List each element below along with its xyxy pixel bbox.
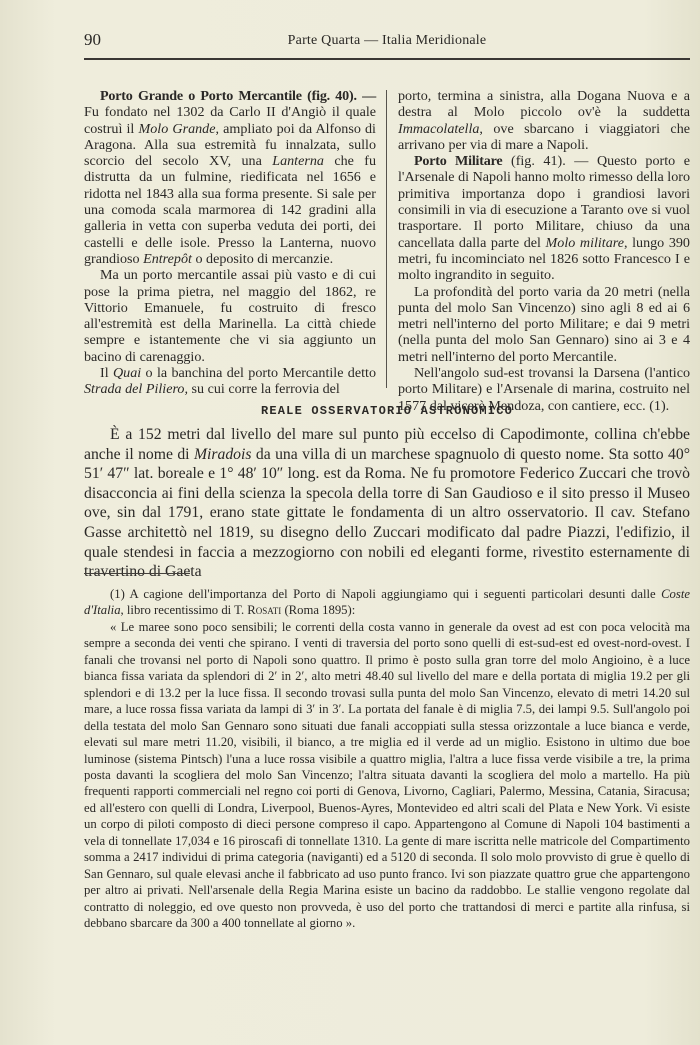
- heading-porto-militare: Porto Militare: [414, 153, 502, 169]
- page-header: 90 Parte Quarta — Italia Meridionale: [84, 30, 690, 50]
- header-rule: [84, 58, 690, 60]
- section-title: REALE OSSERVATORIO ASTRONOMICO: [84, 404, 690, 418]
- running-title: Parte Quarta — Italia Meridionale: [84, 33, 690, 49]
- paragraph-osservatorio: È a 152 metri dal livello del mare sul p…: [84, 425, 690, 582]
- paragraph-profondita: La profondità del porto varia da 20 metr…: [398, 284, 690, 365]
- footnote-rule: [84, 573, 190, 574]
- footnote-quote: « Le maree sono poco sensibili; le corre…: [84, 619, 690, 932]
- paragraph-continuation: porto, termina a sinistra, alla Dogana N…: [398, 88, 690, 153]
- footnote: (1) A cagione dell'importanza del Porto …: [84, 586, 690, 932]
- paragraph-porto-grande: Porto Grande o Porto Mercantile (fig. 40…: [84, 88, 376, 267]
- heading-porto-grande: Porto Grande o Porto Mercantile (fig. 40…: [100, 88, 376, 104]
- column-divider: [386, 90, 387, 388]
- right-column: porto, termina a sinistra, alla Dogana N…: [398, 88, 690, 414]
- left-column: Porto Grande o Porto Mercantile (fig. 40…: [84, 88, 376, 398]
- paragraph-porto-militare: Porto Militare (fig. 41). — Questo porto…: [398, 153, 690, 283]
- paragraph-porto-mercantile: Ma un porto mercantile assai più vasto e…: [84, 267, 376, 365]
- footnote-intro: (1) A cagione dell'importanza del Porto …: [84, 586, 690, 619]
- book-page: 90 Parte Quarta — Italia Meridionale Por…: [0, 0, 700, 1045]
- two-column-section: Porto Grande o Porto Mercantile (fig. 40…: [84, 88, 690, 390]
- paragraph-quai: Il Quai o la banchina del porto Mercanti…: [84, 365, 376, 398]
